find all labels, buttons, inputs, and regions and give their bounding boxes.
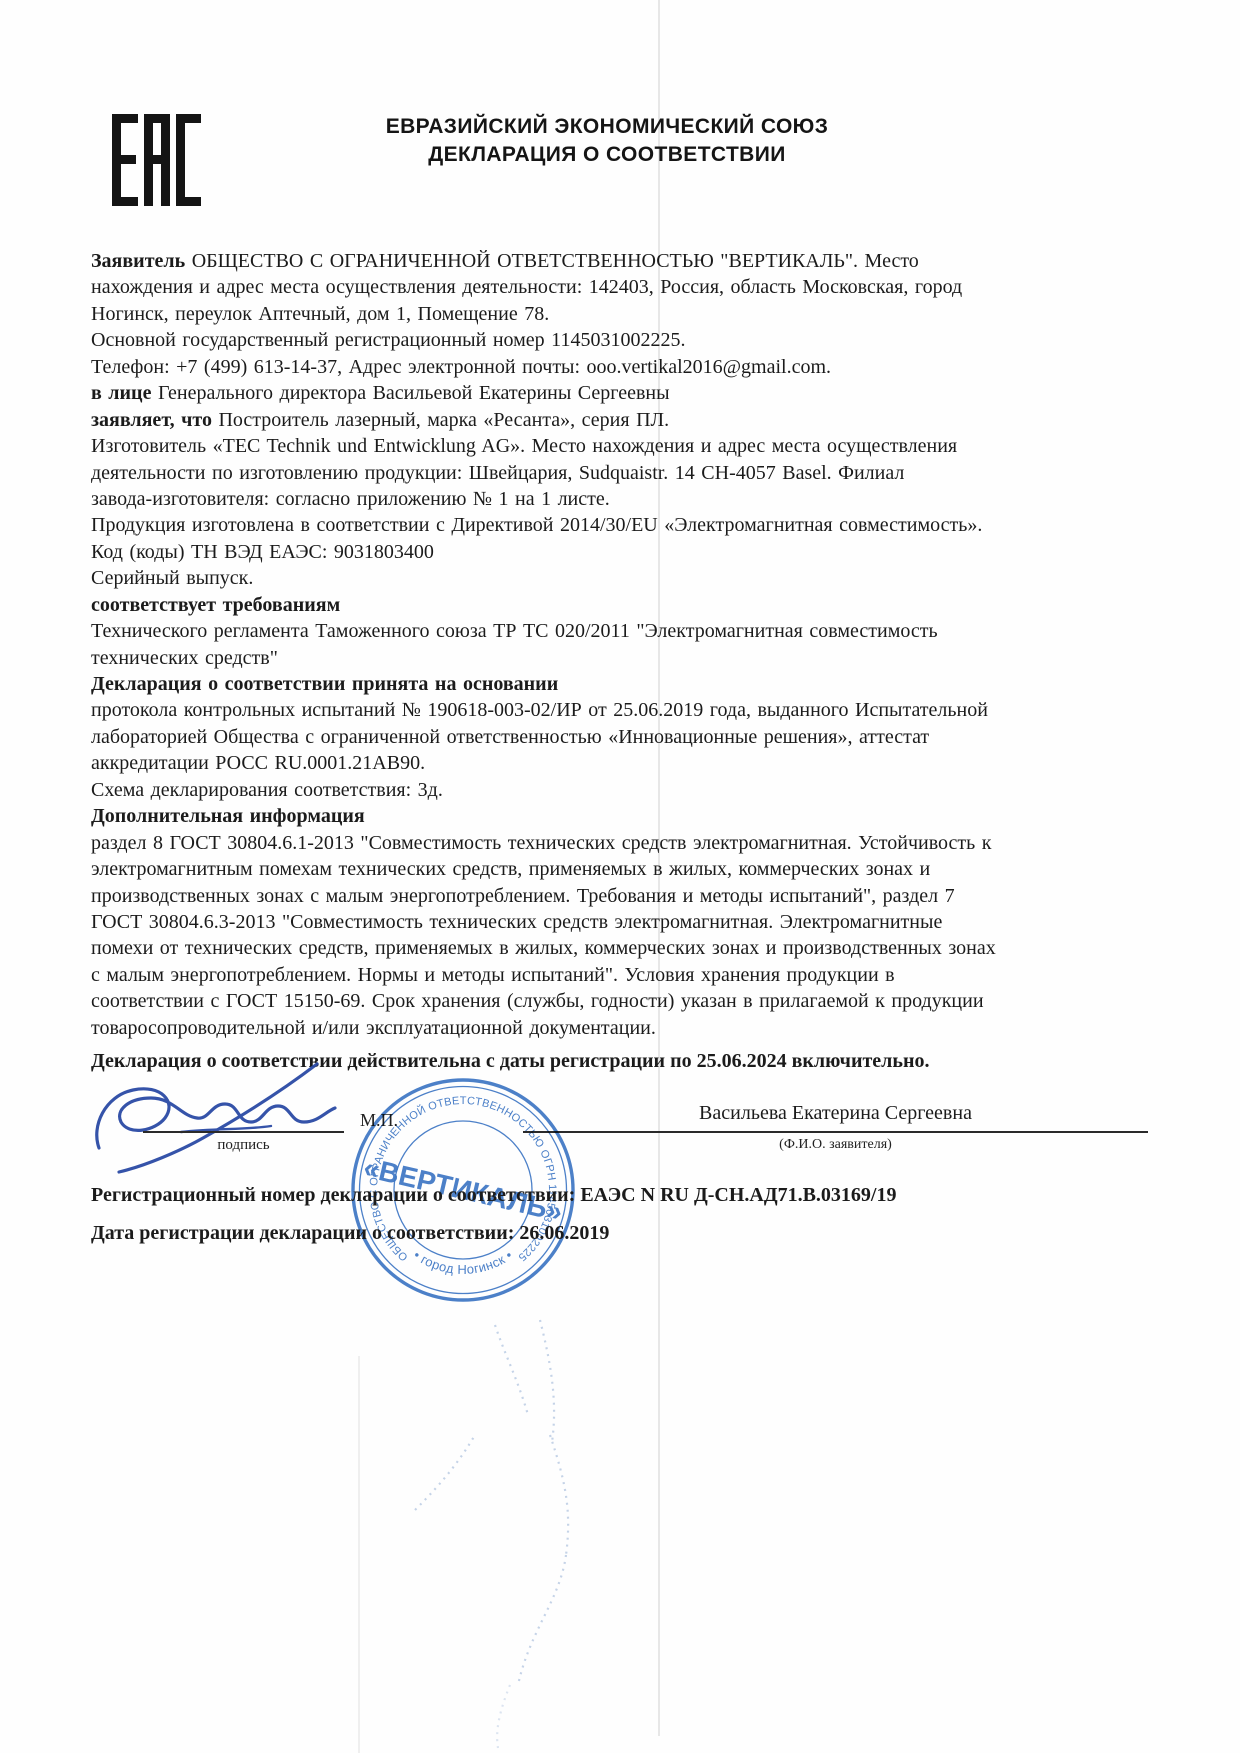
body-line: помехи от технических средств, применяем… xyxy=(91,935,1166,961)
body-line: ГОСТ 30804.6.3-2013 "Совместимость техни… xyxy=(91,909,1166,935)
document-header: ЕВРАЗИЙСКИЙ ЭКОНОМИЧЕСКИЙ СОЮЗ ДЕКЛАРАЦИ… xyxy=(287,113,927,169)
body-line: товаросопроводительной и/или эксплуатаци… xyxy=(91,1015,1166,1041)
body-line: лабораторией Общества с ограниченной отв… xyxy=(91,724,1166,750)
body-line: Основной государственный регистрационный… xyxy=(91,327,1166,353)
body-line: аккредитации РОСС RU.0001.21АВ90. xyxy=(91,750,1166,776)
body-line: соответствует требованиям xyxy=(91,592,1166,618)
declaration-document-page: ЕВРАЗИЙСКИЙ ЭКОНОМИЧЕСКИЙ СОЮЗ ДЕКЛАРАЦИ… xyxy=(0,0,1240,1753)
eac-logo-icon xyxy=(110,113,202,207)
ink-bleed-marks xyxy=(400,1180,660,1753)
declarant-name-label: (Ф.И.О. заявителя) xyxy=(523,1137,1148,1153)
body-line: протокола контрольных испытаний № 190618… xyxy=(91,697,1166,723)
signature-label: подпись xyxy=(143,1137,344,1154)
union-title: ЕВРАЗИЙСКИЙ ЭКОНОМИЧЕСКИЙ СОЮЗ xyxy=(287,113,927,141)
body-line: завода-изготовителя: согласно приложению… xyxy=(91,486,1166,512)
body-line: Декларация о соответствии принята на осн… xyxy=(91,671,1166,697)
body-line: производственных зонах с малым энергопот… xyxy=(91,883,1166,909)
declarant-name-line xyxy=(523,1131,1148,1133)
body-line: Продукция изготовлена в соответствии с Д… xyxy=(91,512,1166,538)
body-line: технических средств" xyxy=(91,645,1166,671)
body-line: Дополнительная информация xyxy=(91,803,1166,829)
body-line: в лице Генерального директора Васильевой… xyxy=(91,380,1166,406)
declarant-name: Васильева Екатерина Сергеевна xyxy=(523,1102,1148,1125)
body-line: соответствии с ГОСТ 15150-69. Срок хране… xyxy=(91,988,1166,1014)
signature-line xyxy=(143,1131,344,1133)
body-line: деятельности по изготовлению продукции: … xyxy=(91,460,1166,486)
body-line: раздел 8 ГОСТ 30804.6.1-2013 "Совместимо… xyxy=(91,830,1166,856)
body-line: заявляет, что Построитель лазерный, марк… xyxy=(91,407,1166,433)
body-line: Ногинск, переулок Аптечный, дом 1, Помещ… xyxy=(91,301,1166,327)
body-line: Схема декларирования соответствия: 3д. xyxy=(91,777,1166,803)
body-line: с малым энергопотреблением. Нормы и мето… xyxy=(91,962,1166,988)
body-line: Изготовитель «TEC Technik und Entwicklun… xyxy=(91,433,1166,459)
declaration-body: Заявитель ОБЩЕСТВО С ОГРАНИЧЕННОЙ ОТВЕТС… xyxy=(91,248,1166,1041)
handwritten-signature xyxy=(85,1058,365,1176)
body-line: Телефон: +7 (499) 613-14-37, Адрес элект… xyxy=(91,354,1166,380)
body-line: нахождения и адрес места осуществления д… xyxy=(91,274,1166,300)
body-line: Код (коды) ТН ВЭД ЕАЭС: 9031803400 xyxy=(91,539,1166,565)
body-line: электромагнитным помехам технических сре… xyxy=(91,856,1166,882)
body-line: Технического регламента Таможенного союз… xyxy=(91,618,1166,644)
body-line: Серийный выпуск. xyxy=(91,565,1166,591)
fold-crease xyxy=(358,1356,360,1753)
document-type-title: ДЕКЛАРАЦИЯ О СООТВЕТСТВИИ xyxy=(287,141,927,169)
body-line: Заявитель ОБЩЕСТВО С ОГРАНИЧЕННОЙ ОТВЕТС… xyxy=(91,248,1166,274)
